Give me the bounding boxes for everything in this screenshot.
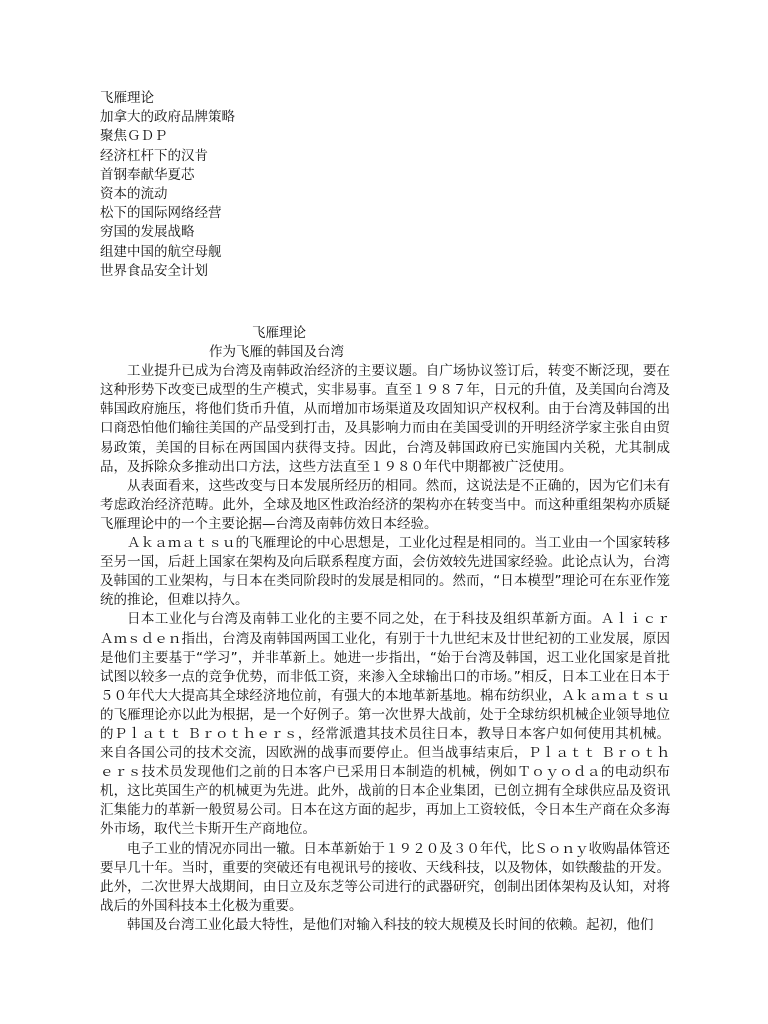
- paragraph: 电子工业的情况亦同出一辙。日本革新始于１９２０及３０年代，比Ｓｏｎｙ收购晶体管还…: [100, 840, 670, 916]
- toc-item[interactable]: 加拿大的政府品牌策略: [100, 108, 235, 127]
- paragraph: Ａｋａｍａｔｓｕ的飞雁理论的中心思想是，工业化过程是相同的。当工业由一个国家转移…: [100, 534, 670, 610]
- toc-item[interactable]: 聚焦ＧＤＰ: [100, 127, 235, 146]
- toc-item[interactable]: 世界食品安全计划: [100, 262, 235, 281]
- toc-item[interactable]: 组建中国的航空母舰: [100, 243, 235, 262]
- paragraph: 韩国及台湾工业化最大特性，是他们对输入科技的较大规模及长时间的依赖。起初，他们: [100, 916, 670, 935]
- toc-item[interactable]: 松下的国际网络经营: [100, 204, 235, 223]
- toc-item[interactable]: 经济杠杆下的汉肯: [100, 147, 235, 166]
- article-title: 飞雁理论: [100, 324, 670, 343]
- paragraph: 日本工业化与台湾及南韩工业化的主要不同之处，在于科技及组织革新方面。Ａｌｉｃｒ …: [100, 610, 670, 839]
- article: 飞雁理论 作为飞雁的韩国及台湾 工业提升已成为台湾及南韩政治经济的主要议题。自广…: [100, 324, 670, 935]
- toc-item[interactable]: 首钢奉献华夏芯: [100, 166, 235, 185]
- paragraph: 从表面看来，这些改变与日本发展所经历的相同。然而，这说法是不正确的，因为它们未有…: [100, 477, 670, 534]
- toc-item[interactable]: 资本的流动: [100, 185, 235, 204]
- paragraph: 工业提升已成为台湾及南韩政治经济的主要议题。自广场协议签订后，转变不断泛现，要在…: [100, 362, 670, 477]
- article-subtitle: 作为飞雁的韩国及台湾: [100, 343, 670, 362]
- table-of-contents: 飞雁理论 加拿大的政府品牌策略 聚焦ＧＤＰ 经济杠杆下的汉肯 首钢奉献华夏芯 资…: [100, 89, 235, 281]
- toc-item[interactable]: 飞雁理论: [100, 89, 235, 108]
- toc-item[interactable]: 穷国的发展战略: [100, 223, 235, 242]
